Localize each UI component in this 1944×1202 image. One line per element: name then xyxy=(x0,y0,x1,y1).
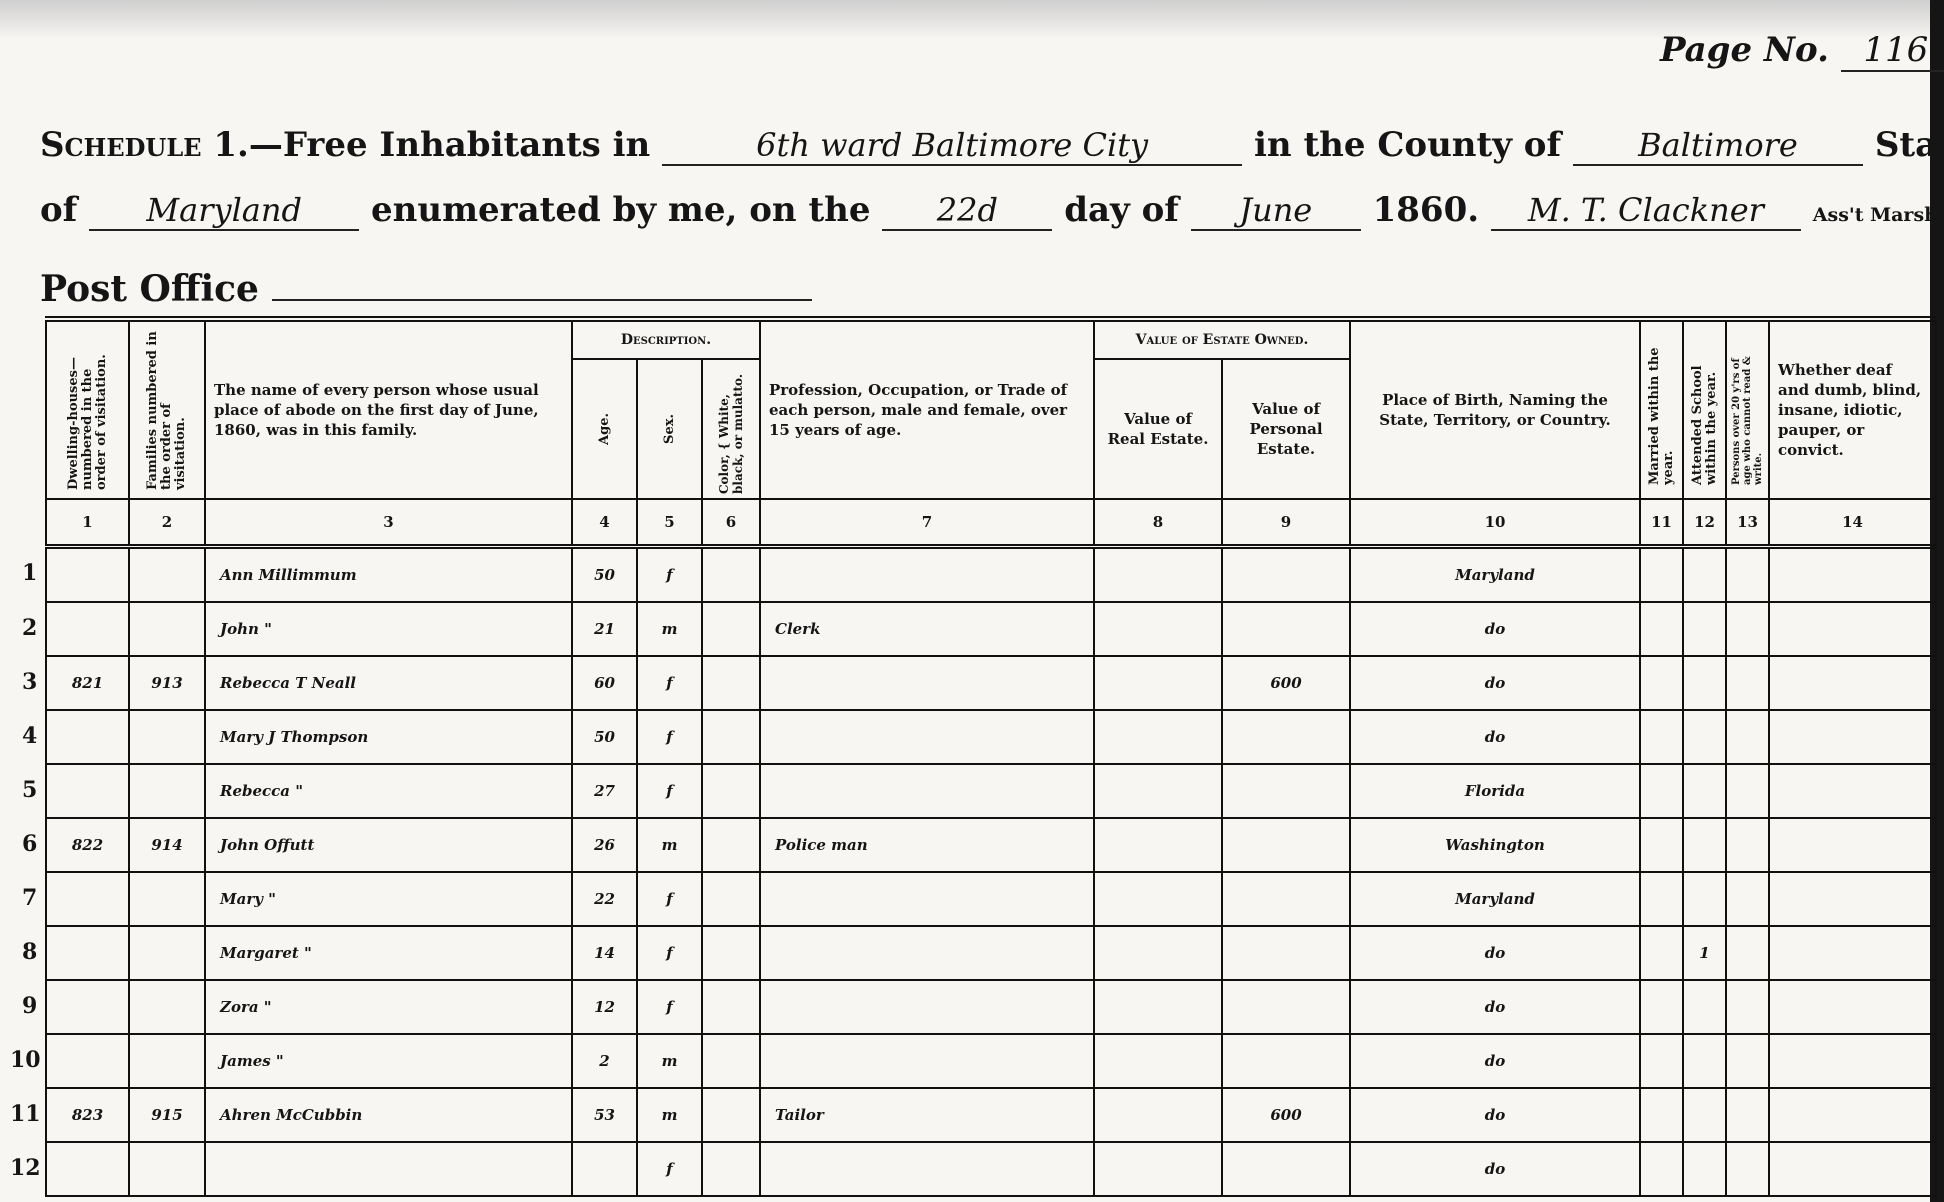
col6-header-text: Color, { White, black, or mulatto. xyxy=(717,364,745,494)
occupation xyxy=(760,1142,1094,1196)
line-number: 9 xyxy=(22,993,37,1019)
col7-header: Profession, Occupation, or Trade of each… xyxy=(760,319,1094,499)
occupation xyxy=(760,872,1094,926)
real-estate-value xyxy=(1094,710,1222,764)
col6-header: Color, { White, black, or mulatto. xyxy=(702,359,760,499)
attended-school xyxy=(1683,656,1726,710)
personal-estate-value xyxy=(1222,872,1350,926)
cannot-read-write xyxy=(1726,547,1769,603)
state-field: Maryland xyxy=(89,191,359,231)
person-name: Margaret " xyxy=(205,926,572,980)
schedule-label: Schedule 1. xyxy=(40,125,249,165)
col4-header: Age. xyxy=(572,359,637,499)
disability-status xyxy=(1769,547,1936,603)
column-number-row: 1 2 3 4 5 6 7 8 9 10 11 12 13 14 xyxy=(46,499,1936,547)
line-number: 5 xyxy=(22,777,37,803)
attended-school xyxy=(1683,872,1726,926)
color xyxy=(702,872,760,926)
real-estate-value xyxy=(1094,872,1222,926)
attended-school: 1 xyxy=(1683,926,1726,980)
dwelling-number: 822 xyxy=(46,818,129,872)
age: 12 xyxy=(572,980,637,1034)
color xyxy=(702,980,760,1034)
place-of-birth: Maryland xyxy=(1350,872,1640,926)
page-number: Page No. 116 xyxy=(1660,30,1944,72)
day-of-label: day of xyxy=(1064,190,1179,230)
dwelling-number xyxy=(46,710,129,764)
disability-status xyxy=(1769,1034,1936,1088)
enumerated-label: enumerated by me, on the xyxy=(371,190,871,230)
line-number: 11 xyxy=(10,1101,41,1127)
married-within-year xyxy=(1640,980,1683,1034)
color xyxy=(702,656,760,710)
column-number: 2 xyxy=(129,499,205,547)
cannot-read-write xyxy=(1726,602,1769,656)
cannot-read-write xyxy=(1726,656,1769,710)
family-number xyxy=(129,602,205,656)
dwelling-number xyxy=(46,764,129,818)
dwelling-number xyxy=(46,1034,129,1088)
person-name: John " xyxy=(205,602,572,656)
sex: m xyxy=(637,1088,702,1142)
married-within-year xyxy=(1640,710,1683,764)
line-number: 10 xyxy=(10,1047,41,1073)
person-name: Mary " xyxy=(205,872,572,926)
married-within-year xyxy=(1640,1142,1683,1196)
dwelling-number xyxy=(46,602,129,656)
line-number: 2 xyxy=(22,615,37,641)
person-name: Ahren McCubbin xyxy=(205,1088,572,1142)
age: 53 xyxy=(572,1088,637,1142)
real-estate-value xyxy=(1094,1034,1222,1088)
col1-header-text: Dwelling-houses— numbered in the order o… xyxy=(67,330,109,490)
color xyxy=(702,1142,760,1196)
personal-estate-value xyxy=(1222,764,1350,818)
personal-estate-value xyxy=(1222,980,1350,1034)
schedule-title: —Free Inhabitants in xyxy=(249,125,650,165)
age: 21 xyxy=(572,602,637,656)
attended-school xyxy=(1683,1142,1726,1196)
occupation: Clerk xyxy=(760,602,1094,656)
state-label: State xyxy=(1875,125,1944,165)
family-number xyxy=(129,1142,205,1196)
family-number xyxy=(129,547,205,603)
place-of-birth: do xyxy=(1350,980,1640,1034)
personal-estate-value: 600 xyxy=(1222,1088,1350,1142)
disability-status xyxy=(1769,710,1936,764)
place-of-birth: do xyxy=(1350,926,1640,980)
color xyxy=(702,926,760,980)
disability-status xyxy=(1769,872,1936,926)
family-number xyxy=(129,764,205,818)
sex: m xyxy=(637,1034,702,1088)
page-number-value: 116 xyxy=(1841,30,1944,72)
line-number: 6 xyxy=(22,831,37,857)
family-number xyxy=(129,872,205,926)
personal-estate-value xyxy=(1222,1142,1350,1196)
table-row: 822914John Offutt26mPolice manWashington xyxy=(46,818,1936,872)
personal-estate-value xyxy=(1222,926,1350,980)
cannot-read-write xyxy=(1726,926,1769,980)
personal-estate-value xyxy=(1222,1034,1350,1088)
attended-school xyxy=(1683,1088,1726,1142)
disability-status xyxy=(1769,764,1936,818)
real-estate-value xyxy=(1094,926,1222,980)
column-number: 13 xyxy=(1726,499,1769,547)
column-number: 4 xyxy=(572,499,637,547)
estate-group-header: Value of Estate Owned. xyxy=(1094,319,1350,359)
married-within-year xyxy=(1640,1034,1683,1088)
color xyxy=(702,710,760,764)
place-field: 6th ward Baltimore City xyxy=(662,126,1242,166)
married-within-year xyxy=(1640,818,1683,872)
occupation xyxy=(760,547,1094,603)
occupation xyxy=(760,926,1094,980)
column-number: 1 xyxy=(46,499,129,547)
person-name: Ann Millimmum xyxy=(205,547,572,603)
header-row-groups: Dwelling-houses— numbered in the order o… xyxy=(46,319,1936,359)
sex: f xyxy=(637,547,702,603)
col9-header: Value of Personal Estate. xyxy=(1222,359,1350,499)
family-number: 914 xyxy=(129,818,205,872)
table-row: Mary "22fMaryland xyxy=(46,872,1936,926)
marshal-label: Ass't Marshal xyxy=(1813,204,1944,226)
occupation xyxy=(760,710,1094,764)
married-within-year xyxy=(1640,764,1683,818)
scan-top-shading xyxy=(0,0,1944,40)
sex: f xyxy=(637,1142,702,1196)
color xyxy=(702,818,760,872)
census-table: Dwelling-houses— numbered in the order o… xyxy=(45,316,1937,1197)
dwelling-number xyxy=(46,872,129,926)
married-within-year xyxy=(1640,872,1683,926)
occupation xyxy=(760,980,1094,1034)
sex: m xyxy=(637,602,702,656)
age: 60 xyxy=(572,656,637,710)
attended-school xyxy=(1683,818,1726,872)
sex: f xyxy=(637,710,702,764)
year-label: 1860. xyxy=(1373,190,1479,230)
place-of-birth: do xyxy=(1350,1034,1640,1088)
column-number: 11 xyxy=(1640,499,1683,547)
disability-status xyxy=(1769,926,1936,980)
color xyxy=(702,602,760,656)
family-number: 915 xyxy=(129,1088,205,1142)
col13-header-text: Persons over 20 y'rs of age who cannot r… xyxy=(1731,335,1764,485)
personal-estate-value xyxy=(1222,602,1350,656)
cannot-read-write xyxy=(1726,710,1769,764)
disability-status xyxy=(1769,1088,1936,1142)
age: 2 xyxy=(572,1034,637,1088)
table-row: Zora "12fdo xyxy=(46,980,1936,1034)
table-row: fdo xyxy=(46,1142,1936,1196)
description-group-header: Description. xyxy=(572,319,760,359)
cannot-read-write xyxy=(1726,1034,1769,1088)
page-number-label: Page No. xyxy=(1660,30,1829,70)
column-number: 5 xyxy=(637,499,702,547)
married-within-year xyxy=(1640,656,1683,710)
attended-school xyxy=(1683,1034,1726,1088)
occupation xyxy=(760,1034,1094,1088)
real-estate-value xyxy=(1094,1142,1222,1196)
line-number: 12 xyxy=(10,1155,41,1181)
color xyxy=(702,1034,760,1088)
col5-header-text: Sex. xyxy=(663,414,677,444)
age: 50 xyxy=(572,710,637,764)
personal-estate-value xyxy=(1222,818,1350,872)
occupation: Tailor xyxy=(760,1088,1094,1142)
line-number: 7 xyxy=(22,885,37,911)
disability-status xyxy=(1769,980,1936,1034)
person-name: James " xyxy=(205,1034,572,1088)
place-of-birth: Washington xyxy=(1350,818,1640,872)
married-within-year xyxy=(1640,602,1683,656)
place-of-birth: Maryland xyxy=(1350,547,1640,603)
disability-status xyxy=(1769,818,1936,872)
person-name: Mary J Thompson xyxy=(205,710,572,764)
person-name: John Offutt xyxy=(205,818,572,872)
dwelling-number: 823 xyxy=(46,1088,129,1142)
attended-school xyxy=(1683,710,1726,764)
real-estate-value xyxy=(1094,656,1222,710)
real-estate-value xyxy=(1094,980,1222,1034)
disability-status xyxy=(1769,656,1936,710)
age: 27 xyxy=(572,764,637,818)
color xyxy=(702,547,760,603)
dwelling-number xyxy=(46,1142,129,1196)
family-number xyxy=(129,710,205,764)
table-row: Mary J Thompson50fdo xyxy=(46,710,1936,764)
column-number: 14 xyxy=(1769,499,1936,547)
attended-school xyxy=(1683,547,1726,603)
cannot-read-write xyxy=(1726,872,1769,926)
table-row: John "21mClerkdo xyxy=(46,602,1936,656)
sex: f xyxy=(637,764,702,818)
col2-header-text: Families numbered in the order of visita… xyxy=(146,330,188,490)
col11-header: Married within the year. xyxy=(1640,319,1683,499)
col12-header-text: Attended School within the year. xyxy=(1691,335,1719,485)
person-name xyxy=(205,1142,572,1196)
month-field: June xyxy=(1191,191,1361,231)
col2-header: Families numbered in the order of visita… xyxy=(129,319,205,499)
sex: f xyxy=(637,926,702,980)
col4-header-text: Age. xyxy=(598,413,612,445)
table-row: James "2mdo xyxy=(46,1034,1936,1088)
personal-estate-value xyxy=(1222,710,1350,764)
married-within-year xyxy=(1640,1088,1683,1142)
place-of-birth: do xyxy=(1350,602,1640,656)
col12-header: Attended School within the year. xyxy=(1683,319,1726,499)
dwelling-number xyxy=(46,980,129,1034)
col10-header-text: Place of Birth, Naming the State, Territ… xyxy=(1351,386,1639,434)
col1-header: Dwelling-houses— numbered in the order o… xyxy=(46,319,129,499)
sex: f xyxy=(637,656,702,710)
col8-header: Value of Real Estate. xyxy=(1094,359,1222,499)
county-field: Baltimore xyxy=(1573,126,1863,166)
color xyxy=(702,1088,760,1142)
personal-estate-value xyxy=(1222,547,1350,603)
line-number: 8 xyxy=(22,939,37,965)
occupation xyxy=(760,656,1094,710)
table-row: 823915Ahren McCubbin53mTailor600do xyxy=(46,1088,1936,1142)
col14-header-text: Whether deaf and dumb, blind, insane, id… xyxy=(1770,356,1935,464)
column-number: 9 xyxy=(1222,499,1350,547)
heading-line-1: Schedule 1.—Free Inhabitants in 6th ward… xyxy=(40,125,1944,166)
col11-header-text: Married within the year. xyxy=(1648,335,1676,485)
family-number xyxy=(129,980,205,1034)
table-row: Ann Millimmum50fMaryland xyxy=(46,547,1936,603)
place-of-birth: Florida xyxy=(1350,764,1640,818)
of-label: of xyxy=(40,190,77,230)
age: 22 xyxy=(572,872,637,926)
dwelling-number: 821 xyxy=(46,656,129,710)
col14-header: Whether deaf and dumb, blind, insane, id… xyxy=(1769,319,1936,499)
occupation xyxy=(760,764,1094,818)
attended-school xyxy=(1683,602,1726,656)
attended-school xyxy=(1683,980,1726,1034)
attended-school xyxy=(1683,764,1726,818)
census-rows: Ann Millimmum50fMarylandJohn "21mClerkdo… xyxy=(46,547,1936,1197)
dwelling-number xyxy=(46,926,129,980)
col10-header: Place of Birth, Naming the State, Territ… xyxy=(1350,319,1640,499)
post-office-label: Post Office xyxy=(40,268,259,310)
occupation: Police man xyxy=(760,818,1094,872)
real-estate-value xyxy=(1094,818,1222,872)
post-office-field xyxy=(272,299,812,301)
table-row: 821913Rebecca T Neall60f600do xyxy=(46,656,1936,710)
disability-status xyxy=(1769,1142,1936,1196)
col9-header-text: Value of Personal Estate. xyxy=(1223,395,1349,463)
place-of-birth: do xyxy=(1350,1088,1640,1142)
family-number xyxy=(129,926,205,980)
line-number: 4 xyxy=(22,723,37,749)
col5-header: Sex. xyxy=(637,359,702,499)
sex: f xyxy=(637,980,702,1034)
line-number: 1 xyxy=(22,560,37,586)
cannot-read-write xyxy=(1726,1088,1769,1142)
personal-estate-value: 600 xyxy=(1222,656,1350,710)
day-field: 22d xyxy=(882,191,1052,231)
column-number: 8 xyxy=(1094,499,1222,547)
col3-header: The name of every person whose usual pla… xyxy=(205,319,572,499)
family-number: 913 xyxy=(129,656,205,710)
sex: f xyxy=(637,872,702,926)
place-of-birth: do xyxy=(1350,710,1640,764)
sex: m xyxy=(637,818,702,872)
person-name: Zora " xyxy=(205,980,572,1034)
married-within-year xyxy=(1640,547,1683,603)
col3-header-text: The name of every person whose usual pla… xyxy=(206,376,571,444)
disability-status xyxy=(1769,602,1936,656)
color xyxy=(702,764,760,818)
marshal-field: M. T. Clackner xyxy=(1491,191,1801,231)
person-name: Rebecca " xyxy=(205,764,572,818)
line-number: 3 xyxy=(22,669,37,695)
column-number: 10 xyxy=(1350,499,1640,547)
cannot-read-write xyxy=(1726,818,1769,872)
real-estate-value xyxy=(1094,764,1222,818)
age: 50 xyxy=(572,547,637,603)
cannot-read-write xyxy=(1726,764,1769,818)
col13-header: Persons over 20 y'rs of age who cannot r… xyxy=(1726,319,1769,499)
real-estate-value xyxy=(1094,602,1222,656)
column-number: 7 xyxy=(760,499,1094,547)
age xyxy=(572,1142,637,1196)
heading-line-3: Post Office xyxy=(40,268,812,310)
column-number: 12 xyxy=(1683,499,1726,547)
place-of-birth: do xyxy=(1350,656,1640,710)
dwelling-number xyxy=(46,547,129,603)
heading-line-2: of Maryland enumerated by me, on the 22d… xyxy=(40,190,1944,231)
age: 14 xyxy=(572,926,637,980)
col8-header-text: Value of Real Estate. xyxy=(1095,405,1221,453)
person-name: Rebecca T Neall xyxy=(205,656,572,710)
married-within-year xyxy=(1640,926,1683,980)
column-number: 6 xyxy=(702,499,760,547)
place-of-birth: do xyxy=(1350,1142,1640,1196)
table-row: Rebecca "27fFlorida xyxy=(46,764,1936,818)
county-label: in the County of xyxy=(1254,125,1561,165)
age: 26 xyxy=(572,818,637,872)
col7-header-text: Profession, Occupation, or Trade of each… xyxy=(761,376,1093,444)
real-estate-value xyxy=(1094,547,1222,603)
cannot-read-write xyxy=(1726,1142,1769,1196)
family-number xyxy=(129,1034,205,1088)
real-estate-value xyxy=(1094,1088,1222,1142)
column-number: 3 xyxy=(205,499,572,547)
table-row: Margaret "14fdo1 xyxy=(46,926,1936,980)
cannot-read-write xyxy=(1726,980,1769,1034)
